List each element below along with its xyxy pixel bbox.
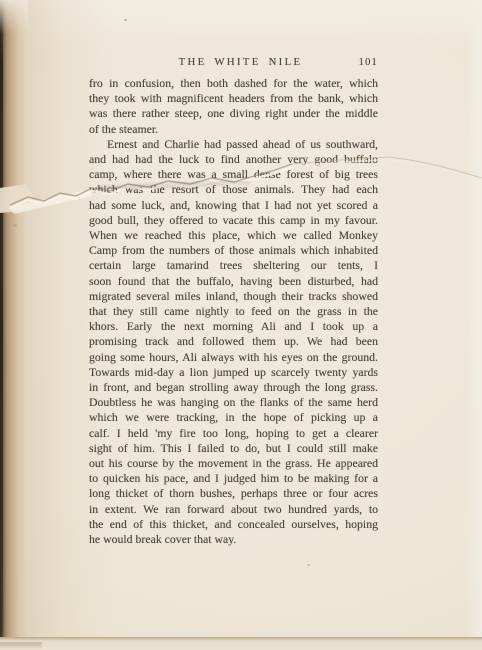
paper-speck [307, 564, 310, 566]
binding-edge [0, 0, 28, 650]
text-line: which we were tracking, in the hope of p… [89, 410, 378, 425]
text-line: they took with magnificent headers from … [89, 91, 378, 106]
text-line: and had had the luck to find another ver… [89, 152, 378, 167]
text-line: Towards mid-day a lion jumped up scarcel… [89, 365, 378, 380]
text-line: promising track and followed them up. We… [89, 334, 378, 349]
text-line: calf. I held 'my fire too long, hoping t… [89, 426, 378, 441]
text-line: good bull, they offered to vacate this c… [89, 213, 378, 228]
text-line: of the steamer. [89, 122, 378, 137]
text-line: that they still came nightly to feed on … [89, 304, 378, 319]
text-line: going some hours, Ali always with his ey… [89, 350, 378, 365]
book-page-scan: THE WHITE NILE 101 fro in confusion, the… [0, 0, 482, 650]
text-line: had some luck, and, knowing that I had n… [89, 198, 378, 213]
text-line: Ernest and Charlie had passed ahead of u… [89, 137, 378, 152]
text-line: Camp from the numbers of those animals w… [89, 243, 378, 258]
text-line: he would break cover that way. [89, 532, 378, 547]
text-line: soon found that the buffalo, having been… [89, 274, 378, 289]
running-title: THE WHITE NILE [96, 56, 385, 68]
page-bottom-edge [0, 637, 482, 650]
text-line: out his course by the movement in the gr… [89, 456, 378, 471]
page-header: THE WHITE NILE 101 [89, 56, 378, 71]
paper-speck [124, 19, 127, 21]
text-line: was there rather steep, one diving right… [89, 106, 378, 121]
page-number: 101 [359, 57, 378, 68]
text-line: migrated several miles inland, though th… [89, 289, 378, 304]
text-line: in extent. We ran forward about two hund… [89, 502, 378, 517]
text-line: sight of him. This I failed to do, but I… [89, 441, 378, 456]
text-line: in front, and began strolling away throu… [89, 380, 378, 395]
paper-speck [13, 224, 17, 227]
text-line: long thicket of thorn bushes, perhaps th… [89, 486, 378, 501]
text-line: When we reached this place, which we cal… [89, 228, 378, 243]
text-line: the end of this thicket, and concealed o… [89, 517, 378, 532]
text-line: Doubtless he was hanging on the flanks o… [89, 395, 378, 410]
text-line: khors. Early the next morning Ali and I … [89, 319, 378, 334]
text-line: certain large tamarind trees sheltering … [89, 258, 378, 273]
text-line: camp, where there was a small dense fore… [89, 167, 378, 182]
text-line: fro in confusion, then both dashed for t… [89, 76, 378, 91]
text-line: which was the resort of those animals. T… [89, 182, 378, 197]
text-block: fro in confusion, then both dashed for t… [89, 76, 378, 547]
text-line: to quicken his pace, and I judged him to… [89, 471, 378, 486]
